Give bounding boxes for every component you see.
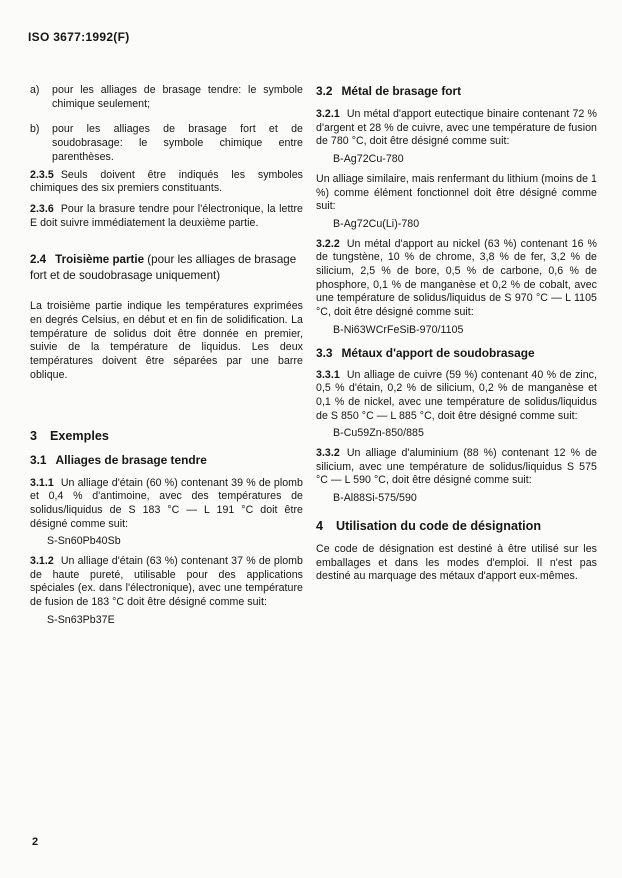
list-item-b: b) pour les alliages de brasage fort et …: [30, 123, 303, 164]
left-column: a) pour les alliages de brasage tendre: …: [30, 84, 303, 634]
list-item-a-label: a): [30, 84, 52, 111]
clause-3-1-1-number: 3.1.1: [30, 477, 54, 489]
list-item-b-text: pour les alliages de brasage fort et de …: [52, 123, 303, 164]
clause-3-1-2: 3.1.2Un alliage d'étain (63 %) contenant…: [30, 555, 303, 610]
clause-3-1-2-text: Un alliage d'étain (63 %) contenant 37 %…: [30, 555, 303, 608]
heading-2-4: 2.4Troisième partie (pour les alliages d…: [30, 252, 303, 283]
clause-3-2-2: 3.2.2Un métal d'apport au nickel (63 %) …: [316, 238, 597, 320]
clause-3-2-2-text: Un métal d'apport au nickel (63 %) conte…: [316, 238, 597, 319]
heading-3-1-number: 3.1: [30, 453, 47, 467]
clause-2-3-5: 2.3.5Seuls doivent être indiqués les sym…: [30, 169, 303, 196]
list-item-b-label: b): [30, 123, 52, 164]
heading-4: 4Utilisation du code de désignation: [316, 518, 597, 534]
clause-3-1-1: 3.1.1Un alliage d'étain (60 %) contenant…: [30, 477, 303, 532]
clause-3-2-2-number: 3.2.2: [316, 238, 340, 250]
clause-2-3-6-number: 2.3.6: [30, 203, 54, 215]
heading-2-4-number: 2.4: [30, 253, 46, 266]
heading-3-2-title: Métal de brasage fort: [342, 84, 462, 98]
heading-3-title: Exemples: [50, 429, 109, 443]
clause-3-3-1-text: Un alliage de cuivre (59 %) contenant 40…: [316, 369, 597, 422]
heading-3-1: 3.1Alliages de brasage tendre: [30, 453, 303, 468]
page-number: 2: [32, 836, 38, 848]
clause-3-1-1-text: Un alliage d'étain (60 %) contenant 39 %…: [30, 477, 303, 530]
clause-3-3-1-number: 3.3.1: [316, 369, 340, 381]
heading-3-2-number: 3.2: [316, 84, 333, 98]
clause-2-3-6: 2.3.6Pour la brasure tendre pour l'élect…: [30, 203, 303, 230]
list-item-a: a) pour les alliages de brasage tendre: …: [30, 84, 303, 111]
heading-3: 3Exemples: [30, 428, 303, 444]
clause-3-3-2-number: 3.3.2: [316, 447, 340, 459]
list-item-a-text: pour les alliages de brasage tendre: le …: [52, 84, 303, 111]
clause-2-3-5-text: Seuls doivent être indiqués les symboles…: [30, 169, 303, 195]
clause-2-3-5-number: 2.3.5: [30, 169, 54, 181]
clause-3-1-2-number: 3.1.2: [30, 555, 54, 567]
para-similar-alloy: Un alliage similaire, mais renfermant du…: [316, 173, 597, 214]
designation-code-al88si: B-Al88Si-575/590: [333, 492, 597, 506]
designation-code-sn63: S-Sn63Pb37E: [47, 614, 303, 628]
heading-3-3-number: 3.3: [316, 346, 333, 360]
clause-2-3-6-text: Pour la brasure tendre pour l'électroniq…: [30, 203, 303, 229]
designation-code-ag72cu: B-Ag72Cu-780: [333, 153, 597, 167]
para-third-part: La troisième partie indique les températ…: [30, 300, 303, 382]
clause-3-3-2-text: Un alliage d'aluminium (88 %) contenant …: [316, 447, 597, 486]
heading-2-4-title: Troisième partie: [55, 253, 144, 266]
heading-3-2: 3.2Métal de brasage fort: [316, 84, 597, 99]
heading-3-3: 3.3Métaux d'apport de soudobrasage: [316, 346, 597, 361]
document-page: ISO 3677:1992(F) a) pour les alliages de…: [0, 0, 622, 878]
designation-code-ni63: B-Ni63WCrFeSiB-970/1105: [333, 324, 597, 338]
designation-code-ag72culi: B-Ag72Cu(Li)-780: [333, 218, 597, 232]
clause-3-2-1-number: 3.2.1: [316, 108, 340, 120]
clause-3-2-1-text: Un métal d'apport eutectique binaire con…: [316, 108, 597, 147]
clause-3-2-1: 3.2.1Un métal d'apport eutectique binair…: [316, 108, 597, 149]
heading-3-3-title: Métaux d'apport de soudobrasage: [342, 346, 535, 360]
heading-4-number: 4: [316, 519, 323, 533]
designation-code-cu59zn: B-Cu59Zn-850/885: [333, 427, 597, 441]
right-column: 3.2Métal de brasage fort 3.2.1Un métal d…: [316, 84, 597, 584]
heading-3-1-title: Alliages de brasage tendre: [56, 453, 207, 467]
clause-3-3-2: 3.3.2Un alliage d'aluminium (88 %) conte…: [316, 447, 597, 488]
designation-code-sn60: S-Sn60Pb40Sb: [47, 535, 303, 549]
heading-4-title: Utilisation du code de désignation: [336, 519, 541, 533]
clause-3-3-1: 3.3.1Un alliage de cuivre (59 %) contena…: [316, 369, 597, 424]
document-reference: ISO 3677:1992(F): [28, 30, 130, 44]
heading-3-number: 3: [30, 429, 37, 443]
para-code-usage: Ce code de désignation est destiné à êtr…: [316, 543, 597, 584]
